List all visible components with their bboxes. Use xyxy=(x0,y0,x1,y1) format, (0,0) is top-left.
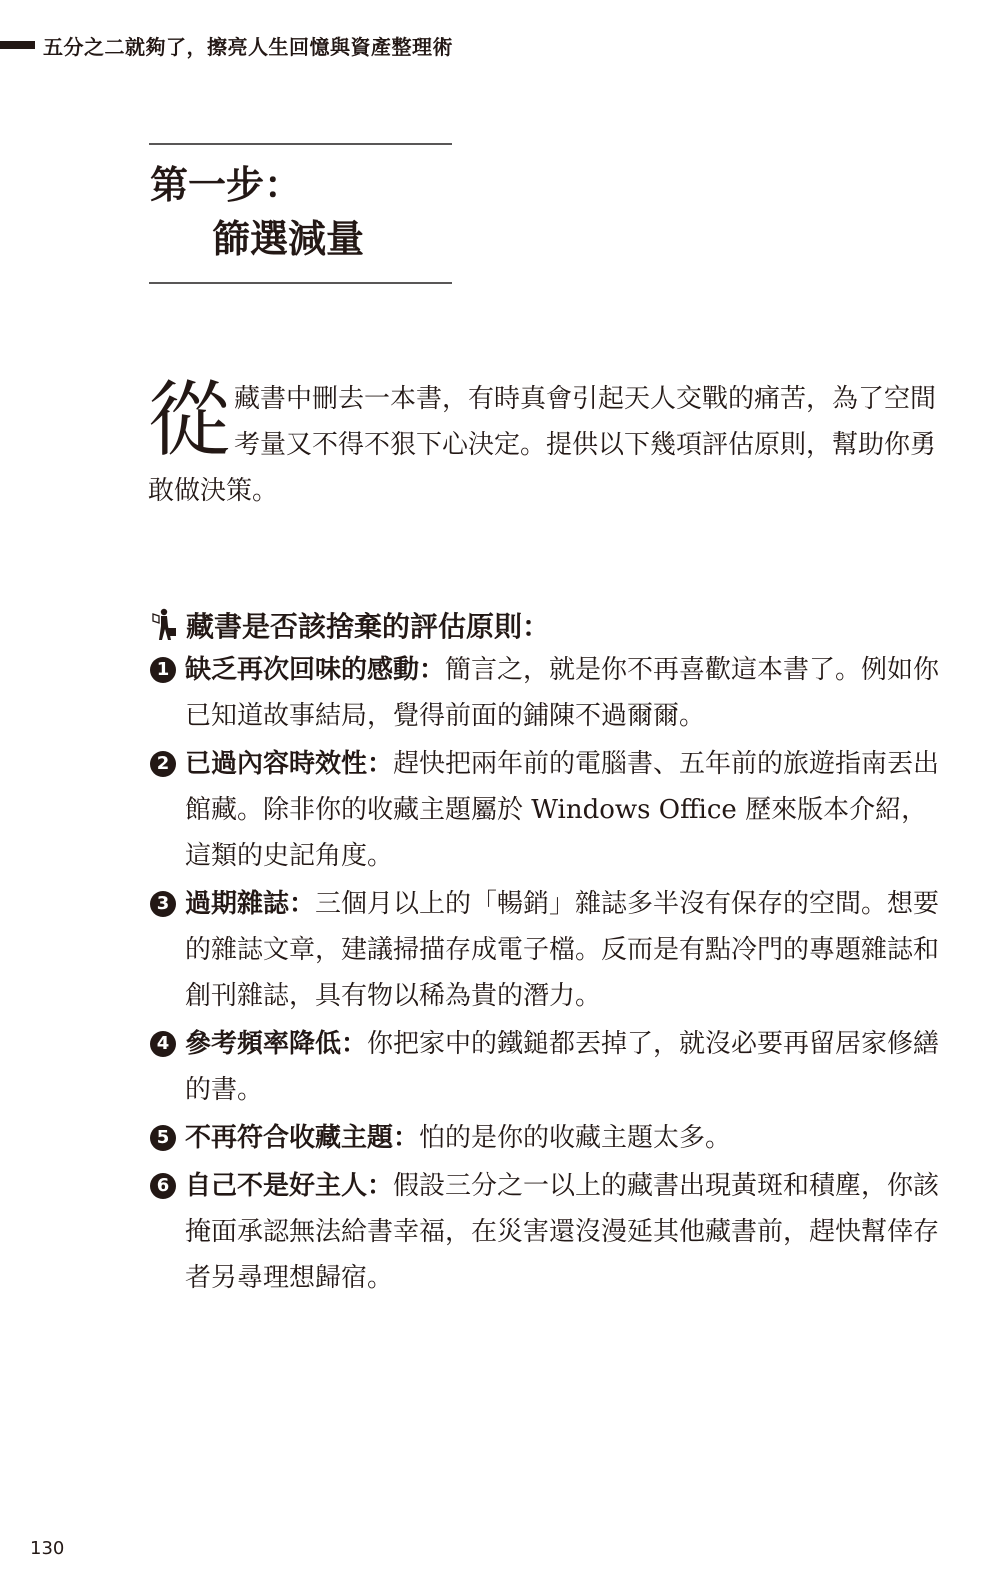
item-label: 參考頻率降低： xyxy=(185,1029,367,1059)
number-badge: 4 xyxy=(150,1031,176,1057)
item-label: 缺乏再次回味的感動： xyxy=(185,655,445,685)
reading-walking-person-icon xyxy=(150,608,178,642)
number-badge: 5 xyxy=(150,1125,176,1151)
item-text: 怕的是你的收藏主題太多。 xyxy=(419,1123,731,1153)
item-label: 過期雜誌： xyxy=(185,889,315,919)
section-title: 藏書是否該捨棄的評估原則： xyxy=(186,605,550,645)
number-badge: 6 xyxy=(150,1173,176,1199)
criteria-item-5: 5 不再符合收藏主題：怕的是你的收藏主題太多。 xyxy=(150,1115,950,1161)
page-number: 130 xyxy=(30,1538,64,1559)
number-badge: 3 xyxy=(150,891,176,917)
chapter-bottom-rule xyxy=(149,282,452,284)
number-badge: 2 xyxy=(150,751,176,777)
intro-paragraph: 從 藏書中刪去一本書，有時真會引起天人交戰的痛苦，為了空間考量又不得不狠下心決定… xyxy=(148,376,948,514)
running-head: 五分之二就夠了，擦亮人生回憶與資產整理術 xyxy=(0,30,453,60)
criteria-item-6: 6 自己不是好主人：假設三分之一以上的藏書出現黃斑和積塵，你該掩面承認無法給書幸… xyxy=(150,1163,950,1301)
number-badge: 1 xyxy=(150,657,176,683)
criteria-item-2: 2 已過內容時效性：趕快把兩年前的電腦書、五年前的旅遊指南丟出館藏。除非你的收藏… xyxy=(150,741,950,879)
criteria-section: 藏書是否該捨棄的評估原則： 1 缺乏再次回味的感動：簡言之，就是你不再喜歡這本書… xyxy=(150,603,950,1301)
section-heading: 藏書是否該捨棄的評估原則： xyxy=(150,603,950,647)
chapter-top-rule xyxy=(149,143,452,145)
item-label: 自己不是好主人： xyxy=(185,1171,393,1201)
criteria-item-3: 3 過期雜誌：三個月以上的「暢銷」雜誌多半沒有保存的空間。想要的雜誌文章，建議掃… xyxy=(150,881,950,1019)
running-head-bar xyxy=(0,41,35,49)
book-title: 五分之二就夠了，擦亮人生回憶與資產整理術 xyxy=(43,31,453,60)
item-label: 已過內容時效性： xyxy=(185,749,393,779)
intro-text: 藏書中刪去一本書，有時真會引起天人交戰的痛苦，為了空間考量又不得不狠下心決定。提… xyxy=(148,384,936,506)
criteria-item-1: 1 缺乏再次回味的感動：簡言之，就是你不再喜歡這本書了。例如你已知道故事結局，覺… xyxy=(150,647,950,739)
chapter-title-line2: 篩選減量 xyxy=(212,220,364,258)
criteria-item-4: 4 參考頻率降低：你把家中的鐵鎚都丟掉了，就沒必要再留居家修繕的書。 xyxy=(150,1021,950,1113)
chapter-title-line1: 第一步： xyxy=(150,166,302,204)
drop-cap: 從 xyxy=(148,380,230,462)
item-label: 不再符合收藏主題： xyxy=(185,1123,419,1153)
